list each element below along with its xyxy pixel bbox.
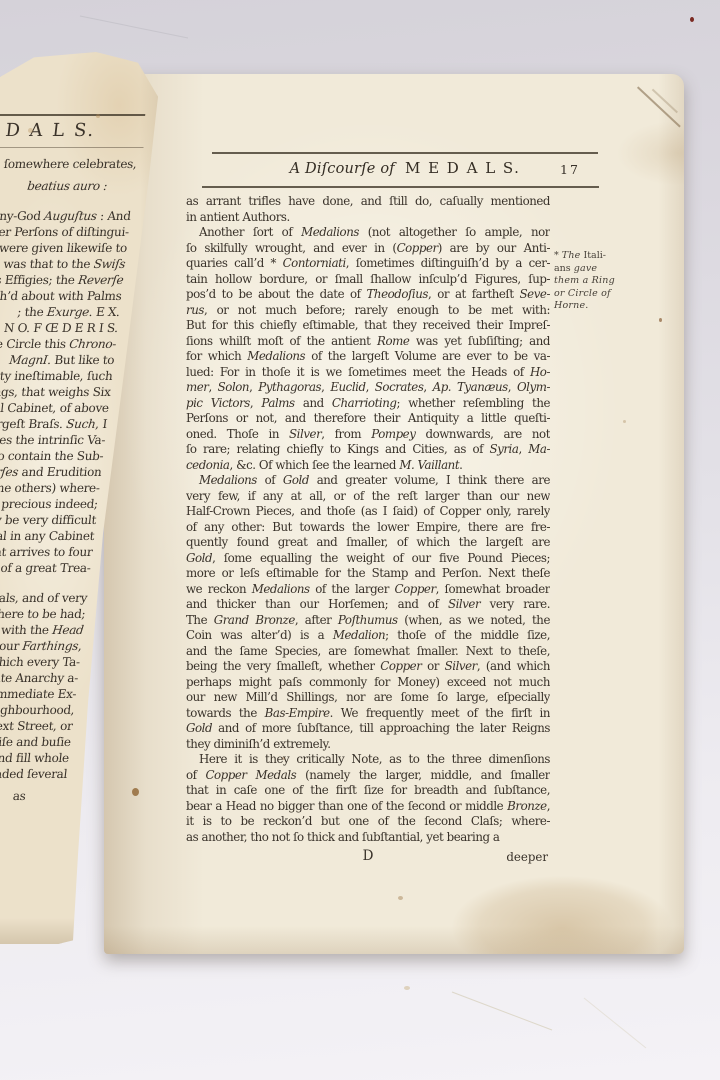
text-line: ſo rare; relating chiefly to Kings and C…	[186, 442, 550, 458]
text-line: which every Ta-	[0, 654, 81, 670]
text-line: pic Victors, Palms and Charrioting; whet…	[186, 396, 550, 412]
text-line: were given likewiſe to	[0, 240, 128, 256]
text-line: d ſomewhere celebrates,	[0, 156, 138, 172]
foxing-spot	[28, 128, 33, 133]
text-line: for which Medalions of the largeſt Volum…	[186, 349, 550, 365]
text-line: s Effigies; the Reverſe	[0, 272, 124, 288]
text-line: tain hollow bordure, or ſmall ſhallow in…	[186, 272, 550, 288]
text-line: and the ſame Species, are ſomewhat ſmall…	[186, 644, 550, 660]
text-line: of a great Trea-	[0, 560, 92, 576]
text-line: we reckon Medalions of the larger Copper…	[186, 582, 550, 598]
running-header-caps: M E D A L S.	[405, 159, 520, 177]
text-line: late Anarchy a-	[0, 670, 79, 686]
foxing-spot	[132, 788, 139, 796]
left-page-text: d ſomewhere celebrates,	[0, 156, 145, 172]
text-line: as was that to the Swiſs	[0, 256, 126, 272]
text-line: Gold and of more ſubſtance, till approac…	[186, 721, 550, 737]
paragraph: Medalions of Gold and greater volume, I …	[186, 473, 550, 752]
text-line: of Copper Medals (namely the larger, mid…	[186, 768, 550, 784]
text-line: as our Farthings,	[0, 638, 83, 654]
text-line: But for this chiefly eſtimable, that the…	[186, 318, 550, 334]
foxing-spot	[404, 986, 410, 990]
foxing-spot	[96, 114, 100, 118]
text-line: our new Mill’d Shillings, nor are ſome ſ…	[186, 690, 550, 706]
quote-line: beatius auro :	[0, 178, 142, 194]
text-line: Half-Crown Pieces, and thoſe (as I ſaid)…	[186, 504, 550, 520]
text-line: oned. Thoſe in Silver, from Pompey downw…	[186, 427, 550, 443]
text-line: ere precious indeed;	[0, 496, 99, 512]
margin-note: * The Itali-ans gavethem a Ringor Circle…	[554, 250, 630, 313]
text-line: Horne.	[554, 300, 630, 313]
text-line: e that arrives to four	[0, 544, 93, 560]
text-line: next Street, or	[0, 718, 73, 734]
text-line: towards the Bas-Empire. We frequently me…	[186, 706, 550, 722]
text-line: arity ineſtimable, ſuch	[0, 368, 113, 384]
text-line: ly be very difficult	[0, 512, 97, 528]
text-line: beatius auro :	[26, 178, 108, 194]
header-rule-bottom	[202, 186, 599, 188]
text-line: Here it is they critically Note, as to t…	[186, 752, 550, 768]
text-line: verſes and Erudition	[0, 464, 102, 480]
text-line: Another ſort of Medalions (not altogethe…	[186, 225, 550, 241]
text-line: ſo skilfully wrought, and ever in (Coppe…	[186, 241, 550, 257]
foxing-spot	[690, 17, 694, 22]
header-rule	[0, 114, 145, 116]
text-line: * The Itali-	[554, 250, 630, 263]
text-line: ſwaded ſeveral	[0, 766, 68, 782]
text-line: as another, tho not ſo thick and ſubſtan…	[186, 830, 550, 846]
text-line: ; the Exurge. E X.	[17, 304, 121, 320]
text-line: rus, or not much before; rarely enough t…	[186, 303, 550, 319]
text-line: Coin was alter’d) is a Medalion; thoſe o…	[186, 628, 550, 644]
text-line: her Perſons of diſtingui-	[0, 224, 130, 240]
dog-ear-crease	[652, 89, 678, 113]
text-line: The Grand Bronze, after Poſthumus (when,…	[186, 613, 550, 629]
text-line: it is to be reckon’d but one of the ſeco…	[186, 814, 550, 830]
text-line: where to be had;	[0, 606, 86, 622]
text-line: erciſe and buſie	[0, 734, 72, 750]
text-line: perhaps might paſs commonly for Money) e…	[186, 675, 550, 691]
text-line: being the very ſmalleſt, whether Copper …	[186, 659, 550, 675]
text-line: of any other: But towards the lower Empi…	[186, 520, 550, 536]
text-line: or Circle of	[554, 288, 630, 301]
left-page-header-fragment: D A L S.	[0, 118, 149, 144]
text-line: ſides the intrinſic Va-	[0, 432, 106, 448]
catchword: deeper	[506, 850, 548, 864]
left-page-text: etals, and of verywhere to be had;, with…	[0, 590, 95, 782]
text-line: quently found great and ſmaller, of whic…	[186, 535, 550, 551]
catchword: as	[0, 788, 73, 804]
text-line: Neighbourhood,	[0, 702, 75, 718]
text-line: Gold, ſome equalling the weight of our f…	[186, 551, 550, 567]
header-rule-top	[212, 152, 598, 154]
text-line: d to contain the Sub-	[0, 448, 104, 464]
text-line: they diminiſh’d extremely.	[186, 737, 550, 753]
text-line: ny-God Auguſtus : And	[0, 208, 132, 224]
text-line: MagnI. But like to	[8, 352, 115, 368]
text-line: ſions whilſt moſt of the antient Rome wa…	[186, 334, 550, 350]
paragraph: Another ſort of Medalions (not altogethe…	[186, 225, 550, 473]
foxing-spot	[623, 420, 626, 423]
text-line: in antient Authors.	[186, 210, 550, 226]
text-line: etals, and of very	[0, 590, 88, 606]
text-line: mer, Solon, Pythagoras, Euclid, Socrates…	[186, 380, 550, 396]
text-line: ans gave	[554, 263, 630, 276]
right-page: A Diſcourſe of M E D A L S. 17 as arrant…	[104, 74, 684, 954]
text-line: pos’d to be about the date of Theodoſius…	[186, 287, 550, 303]
foxing-spot	[398, 896, 403, 900]
text-line: very few, if any at all, or of the reſt …	[186, 489, 550, 505]
signature-mark: D	[363, 848, 374, 864]
foxing-spot	[282, 757, 285, 760]
text-line: ial Cabinet, of above	[0, 400, 110, 416]
text-line: as arrant trifles have done, and ſtill d…	[186, 194, 550, 210]
text-line: quaries call’d * Contorniati, ſometimes …	[186, 256, 550, 272]
text-line: , with the Head	[0, 622, 84, 638]
signature-line: D deeper	[186, 848, 550, 866]
text-line: N O. F Œ D E R I S.	[3, 320, 119, 336]
header-rule	[0, 147, 144, 149]
page-number: 17	[560, 162, 580, 177]
text-line: th’d about with Palms	[0, 288, 122, 304]
text-line: ings, that weighs Six	[0, 384, 112, 400]
text-line: lued: For in thoſe it is we ſometimes me…	[186, 365, 550, 381]
text-line: rgeſt Braſs. Such, I	[0, 416, 108, 432]
text-line: and thicker than our Horſemen; and of Si…	[186, 597, 550, 613]
body-text: as arrant trifles have done, and ſtill d…	[186, 194, 550, 845]
text-line: as	[12, 788, 27, 804]
text-line: Perſons or not, and therefore their Anti…	[186, 411, 550, 427]
text-line: cedonia, &c. Of which ſee the learned M.…	[186, 458, 550, 474]
text-line: bear a Head no bigger than one of the ſe…	[186, 799, 550, 815]
text-line: immediate Ex-	[0, 686, 77, 702]
text-line: more or leſs eſtimable for the Stamp and…	[186, 566, 550, 582]
text-line: hal in any Cabinet	[0, 528, 95, 544]
foxing-spot	[659, 318, 662, 322]
text-line: that in caſe one of the firſt ſize for b…	[186, 783, 550, 799]
text-line: the Circle this Chrono-	[0, 336, 117, 352]
text-line: ſome others) where-	[0, 480, 101, 496]
paragraph: Here it is they critically Note, as to t…	[186, 752, 550, 845]
text-line: Medalions of Gold and greater volume, I …	[186, 473, 550, 489]
running-header-italic: A Diſcourſe of	[290, 161, 395, 177]
text-line: them a Ring	[554, 275, 630, 288]
text-line: and fill whole	[0, 750, 70, 766]
paragraph: as arrant trifles have done, and ſtill d…	[186, 194, 550, 225]
dog-ear-crease	[637, 86, 681, 127]
running-header: A Diſcourſe of M E D A L S.	[278, 158, 532, 177]
photo-backdrop: D A L S. d ſomewhere celebrates, beatius…	[0, 0, 720, 1080]
